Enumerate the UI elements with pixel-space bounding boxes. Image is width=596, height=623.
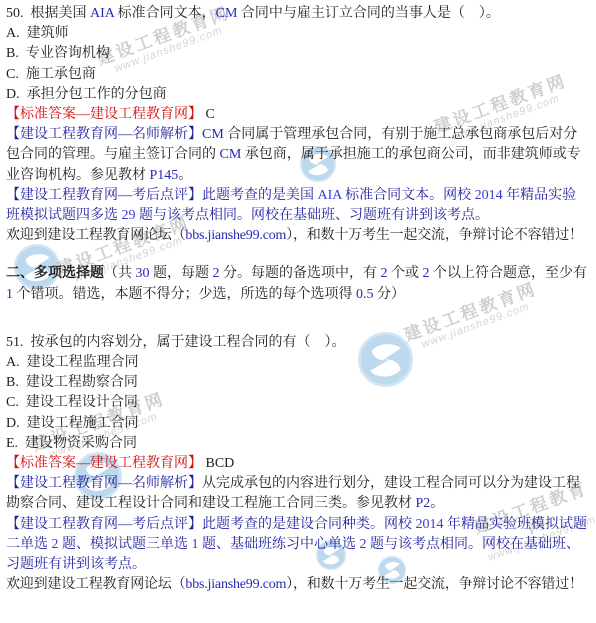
text-run: B. 专业咨询机构 bbox=[6, 46, 110, 61]
text-run: CM bbox=[216, 6, 238, 21]
text-run: （共 bbox=[104, 266, 136, 281]
question-50-expert-analysis: 【建设工程教育网—名师解析】CM 合同属于管理承包合同，有别于施工总承包商承包后… bbox=[6, 125, 588, 186]
text-run: 欢迎到建设工程教育网论坛（ bbox=[6, 228, 185, 243]
text-run: CM bbox=[202, 127, 224, 142]
text-run: 2 bbox=[360, 537, 367, 552]
question-51: 51. 按承包的内容划分，属于建设工程合同的有（ ）。 A. 建设工程监理合同 … bbox=[6, 333, 588, 596]
text-run: 1 bbox=[6, 287, 13, 302]
document-body: 50. 根据美国 AIA 标准合同文本，CM 合同中与雇主订立合同的当事人是（ … bbox=[0, 0, 596, 595]
text-run: bbs.jianshe99.com bbox=[185, 228, 286, 243]
text-run: 题、模拟试题三单选 bbox=[59, 537, 192, 552]
text-run: A. 建设工程监理合同 bbox=[6, 355, 139, 370]
text-run: C bbox=[202, 107, 215, 122]
question-51-stem: 51. 按承包的内容划分，属于建设工程合同的有（ ）。 bbox=[6, 333, 588, 353]
text-run: C. 施工承包商 bbox=[6, 67, 96, 82]
text-run: P145 bbox=[150, 168, 179, 183]
text-run: E. 建设物资采购合同 bbox=[6, 436, 137, 451]
text-run: D. 建设工程施工合同 bbox=[6, 416, 139, 431]
question-50-option-a: A. 建筑师 bbox=[6, 24, 588, 44]
text-run: 题与该考点相同。网校在基础班、习题班有讲到该考点。 bbox=[136, 208, 490, 223]
text-run: 【建设工程教育网—名师解析】 bbox=[6, 127, 202, 142]
text-run: 2014 bbox=[475, 188, 503, 203]
text-run: 标准合同文本， bbox=[114, 6, 216, 21]
text-run: bbs.jianshe99.com bbox=[185, 577, 286, 592]
text-run: 【建设工程教育网—名师解析】 bbox=[6, 476, 202, 491]
text-run: 2 bbox=[423, 266, 430, 281]
question-51-option-d: D. 建设工程施工合同 bbox=[6, 414, 588, 434]
question-50-option-d: D. 承担分包工作的分包商 bbox=[6, 85, 588, 105]
question-51-exam-comment: 【建设工程教育网—考后点评】此题考查的是建设合同种类。网校 2014 年精品实验… bbox=[6, 515, 588, 576]
text-run: 29 bbox=[122, 208, 136, 223]
section-2-title: 二、多项选择题（共 30 题，每题 2 分。每题的备选项中，有 2 个或 2 个… bbox=[6, 264, 588, 304]
text-run: C. 建设工程设计合同 bbox=[6, 395, 138, 410]
text-run: 合同中与雇主订立合同的当事人是（ ）。 bbox=[237, 6, 500, 21]
text-run: A. 建筑师 bbox=[6, 26, 69, 41]
text-run: ），和数十万考生一起交流，争辩讨论不容错过！ bbox=[286, 228, 583, 243]
question-51-option-b: B. 建设工程勘察合同 bbox=[6, 373, 588, 393]
text-run: 2 bbox=[381, 266, 388, 281]
question-50: 50. 根据美国 AIA 标准合同文本，CM 合同中与雇主订立合同的当事人是（ … bbox=[6, 4, 588, 246]
text-run: 0.5 bbox=[356, 287, 374, 302]
text-run: BCD bbox=[202, 456, 234, 471]
text-run: 个错项。错选，本题不得分；少选，所选的每个选项得 bbox=[13, 287, 356, 302]
text-run: 30 bbox=[136, 266, 150, 281]
question-51-standard-answer: 【标准答案—建设工程教育网】 BCD bbox=[6, 454, 588, 474]
text-run: ），和数十万考生一起交流，争辩讨论不容错过！ bbox=[286, 577, 583, 592]
text-run: 个以上符合题意，至少有 bbox=[430, 266, 591, 281]
question-50-exam-comment: 【建设工程教育网—考后点评】此题考查的是美国 AIA 标准合同文本。网校 201… bbox=[6, 186, 588, 226]
text-run: 【标准答案—建设工程教育网】 bbox=[6, 456, 202, 471]
text-run: 题，每题 bbox=[150, 266, 213, 281]
question-50-option-c: C. 施工承包商 bbox=[6, 65, 588, 85]
text-run: 2 bbox=[213, 266, 220, 281]
section-2-header: 二、多项选择题（共 30 题，每题 2 分。每题的备选项中，有 2 个或 2 个… bbox=[6, 264, 588, 304]
question-50-standard-answer: 【标准答案—建设工程教育网】 C bbox=[6, 105, 588, 125]
question-50-stem: 50. 根据美国 AIA 标准合同文本，CM 合同中与雇主订立合同的当事人是（ … bbox=[6, 4, 588, 24]
text-run: 个或 bbox=[388, 266, 423, 281]
text-run: 标准合同文本。网校 bbox=[342, 188, 475, 203]
text-run: 1 bbox=[192, 537, 199, 552]
text-run: 【标准答案—建设工程教育网】 bbox=[6, 107, 202, 122]
question-50-option-b: B. 专业咨询机构 bbox=[6, 44, 588, 64]
text-run: 题、基础班练习中心单选 bbox=[199, 537, 360, 552]
text-run: 【建设工程教育网—考后点评】此题考查的是建设合同种类。网校 bbox=[6, 517, 416, 532]
question-50-forum-invite: 欢迎到建设工程教育网论坛（bbs.jianshe99.com），和数十万考生一起… bbox=[6, 226, 588, 246]
text-run: 欢迎到建设工程教育网论坛（ bbox=[6, 577, 185, 592]
text-run: 。 bbox=[178, 168, 192, 183]
question-51-option-e: E. 建设物资采购合同 bbox=[6, 434, 588, 454]
text-run: AIA bbox=[90, 6, 114, 21]
text-run: 2014 bbox=[416, 517, 444, 532]
text-run: 【建设工程教育网—考后点评】此题考查的是美国 bbox=[6, 188, 318, 203]
text-run: 分） bbox=[374, 287, 406, 302]
text-run: D. 承担分包工作的分包商 bbox=[6, 87, 167, 102]
text-run: AIA bbox=[318, 188, 342, 203]
question-51-option-a: A. 建设工程监理合同 bbox=[6, 353, 588, 373]
text-run: CM bbox=[220, 147, 242, 162]
question-51-option-c: C. 建设工程设计合同 bbox=[6, 393, 588, 413]
question-51-forum-invite: 欢迎到建设工程教育网论坛（bbs.jianshe99.com），和数十万考生一起… bbox=[6, 575, 588, 595]
text-run: B. 建设工程勘察合同 bbox=[6, 375, 138, 390]
question-51-expert-analysis: 【建设工程教育网—名师解析】从完成承包的内容进行划分，建设工程合同可以分为建设工… bbox=[6, 474, 588, 514]
text-run: 。 bbox=[430, 496, 444, 511]
text-run: 分。每题的备选项中，有 bbox=[220, 266, 381, 281]
text-run: 2 bbox=[52, 537, 59, 552]
exam-answer-document: { "watermark": { "line1": "建设工程教育网", "li… bbox=[0, 0, 596, 623]
text-run: 51. 按承包的内容划分，属于建设工程合同的有（ ）。 bbox=[6, 335, 346, 350]
text-run: 50. 根据美国 bbox=[6, 6, 90, 21]
text-run: P2 bbox=[416, 496, 431, 511]
text-run: 二、多项选择题 bbox=[6, 266, 104, 281]
